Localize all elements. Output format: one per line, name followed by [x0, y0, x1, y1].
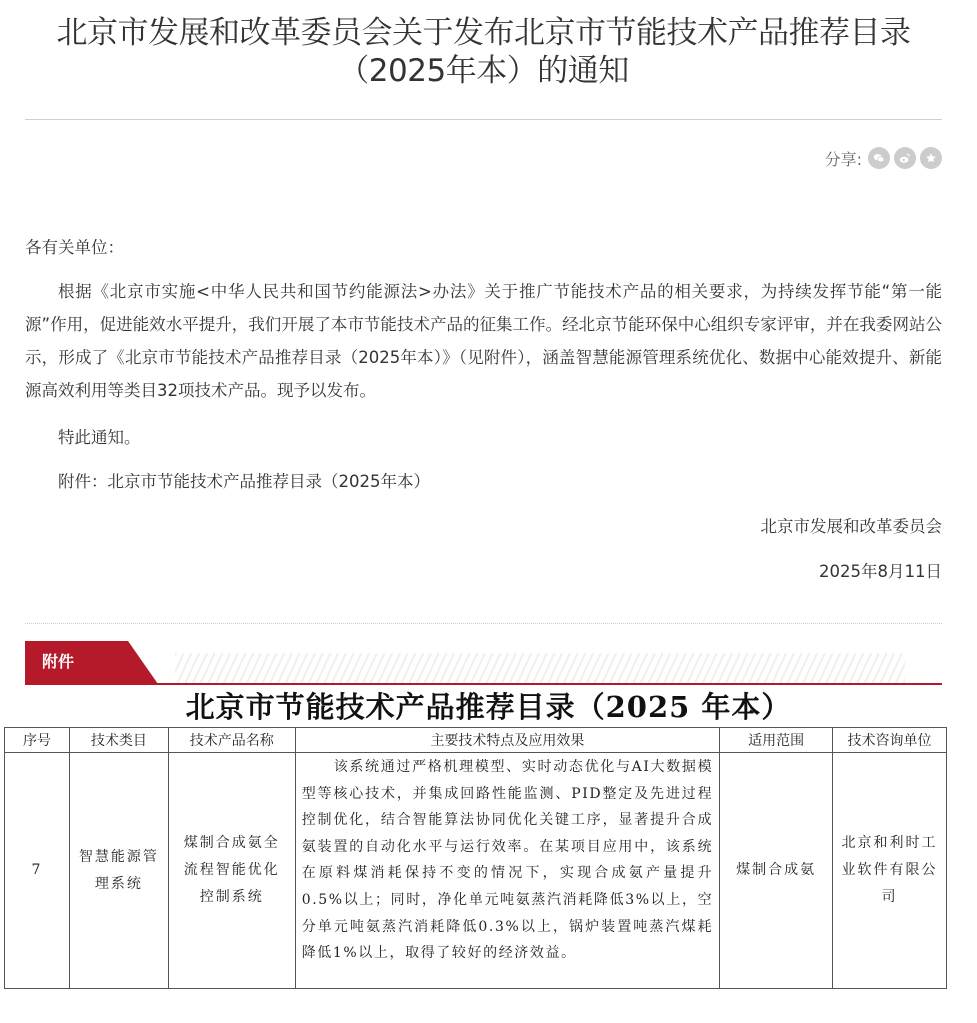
title-divider — [25, 119, 942, 120]
article-title: 北京市发展和改革委员会关于发布北京市节能技术产品推荐目录 （2025年本）的通知 — [25, 14, 942, 90]
content-divider — [25, 623, 942, 624]
table-row: 7 智慧能源管理系统 煤制合成氨全流程智能优化控制系统 该系统通过严格机理模型、… — [5, 753, 947, 989]
article-title-line-1: 北京市发展和改革委员会关于发布北京市节能技术产品推荐目录 — [25, 14, 942, 52]
column-header-index: 序号 — [5, 728, 70, 753]
column-header-consultant: 技术咨询单位 — [833, 728, 947, 753]
attachment-tab-label: 附件 — [42, 651, 74, 673]
cell-category: 智慧能源管理系统 — [69, 753, 168, 989]
salutation: 各有关单位： — [25, 231, 942, 264]
cell-product: 煤制合成氨全流程智能优化控制系统 — [168, 753, 295, 989]
share-label: 分享: — [825, 147, 862, 170]
table-header-row: 序号 技术类目 技术产品名称 主要技术特点及应用效果 适用范围 技术咨询单位 — [5, 728, 947, 753]
catalog-title: 北京市节能技术产品推荐目录（2025 年本） — [0, 688, 977, 726]
cell-scope: 煤制合成氨 — [720, 753, 833, 989]
cell-description: 该系统通过严格机理模型、实时动态优化与AI大数据模型等核心技术，并集成回路性能监… — [295, 753, 720, 989]
body-paragraph: 根据《北京市实施<中华人民共和国节约能源法>办法》关于推广节能技术产品的相关要求… — [25, 275, 942, 407]
decorative-stripes — [175, 653, 905, 683]
favorite-star-icon[interactable] — [920, 147, 942, 169]
catalog-table: 序号 技术类目 技术产品名称 主要技术特点及应用效果 适用范围 技术咨询单位 7… — [4, 727, 947, 989]
article-title-line-2: （2025年本）的通知 — [25, 52, 942, 90]
cell-consultant: 北京和利时工业软件有限公司 — [833, 753, 947, 989]
column-header-category: 技术类目 — [69, 728, 168, 753]
column-header-scope: 适用范围 — [720, 728, 833, 753]
issuer-signature: 北京市发展和改革委员会 — [25, 510, 942, 543]
issue-date: 2025年8月11日 — [25, 555, 942, 588]
attachment-link[interactable]: 附件：北京市节能技术产品推荐目录（2025年本） — [58, 465, 975, 498]
notice-closing: 特此通知。 — [58, 421, 975, 454]
cell-index: 7 — [5, 753, 70, 989]
column-header-product: 技术产品名称 — [168, 728, 295, 753]
attachment-header: 附件 — [25, 641, 942, 685]
attachment-red-line — [25, 683, 942, 685]
wechat-icon[interactable] — [868, 147, 890, 169]
column-header-description: 主要技术特点及应用效果 — [295, 728, 720, 753]
share-bar: 分享: — [825, 146, 942, 170]
weibo-icon[interactable] — [894, 147, 916, 169]
